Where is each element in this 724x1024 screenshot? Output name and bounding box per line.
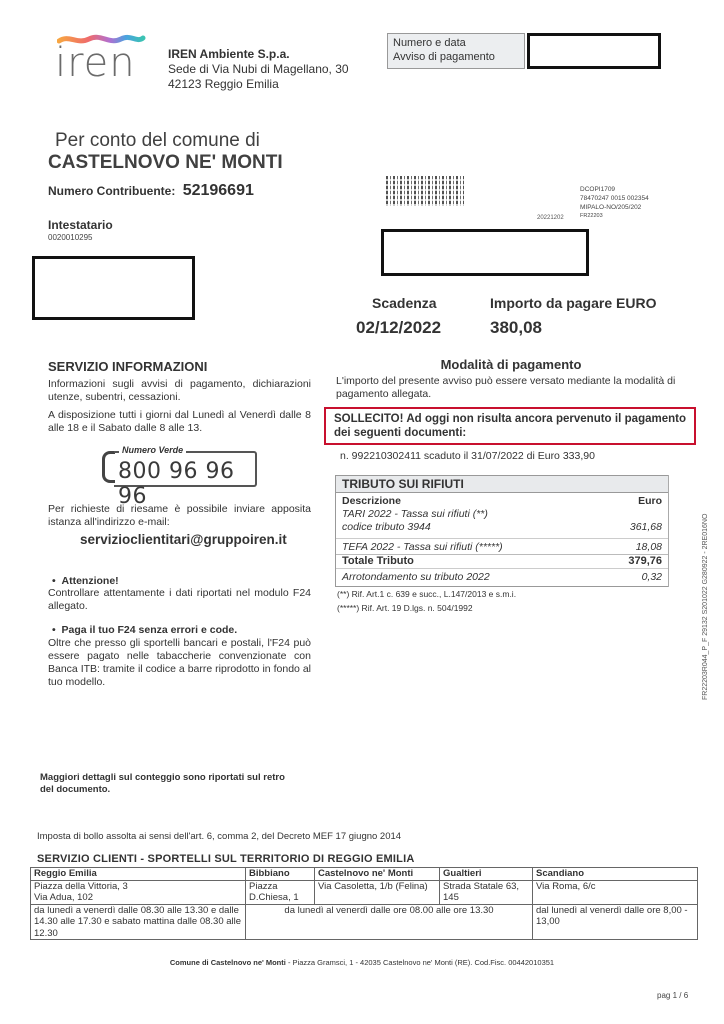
sportelli-title: SERVIZIO CLIENTI - SPORTELLI SUL TERRITO… [37, 853, 414, 865]
header-reggio: Reggio Emilia [31, 868, 246, 881]
scadenza-value: 02/12/2022 [356, 318, 441, 338]
address-scandiano: Via Roma, 6/c [533, 880, 698, 904]
totale-label: Totale Tributo [342, 555, 414, 568]
scaduto-document: n. 992210302411 scaduto il 31/07/2022 di… [340, 450, 595, 462]
numero-verde-number: 800 96 96 96 [118, 459, 257, 509]
ref-line2: 78470247 0015 002354 [580, 194, 649, 203]
arrotondamento-label: Arrotondamento su tributo 2022 [342, 571, 490, 584]
conto-line1: Per conto del comune di [48, 130, 283, 152]
table-row: codice tributo 3944 361,68 [336, 521, 668, 538]
email-link[interactable]: servizioclientitari@gruppoiren.it [80, 532, 287, 547]
table-row: TARI 2022 - Tassa sui rifiuti (**) [336, 508, 668, 521]
bullet-f24-text: Oltre che presso gli sportelli bancari e… [48, 637, 311, 689]
contribuente-number: 52196691 [183, 182, 254, 199]
address-reggio: Piazza della Vittoria, 3 Via Adua, 102 [31, 880, 246, 904]
hours-scandiano: dal lunedì al venerdì dalle ore 8,00 - 1… [533, 904, 698, 940]
importo-value: 380,08 [490, 318, 542, 338]
address-bibbiano: Piazza D.Chiesa, 1 [246, 880, 315, 904]
footnote-2: (*****) Rif. Art. 19 D.lgs. n. 504/1992 [337, 603, 473, 613]
row-desc: TEFA 2022 - Tassa sui rifiuti (*****) [342, 541, 503, 554]
modalita-text: L'importo del presente avviso può essere… [336, 375, 688, 401]
modalita-title: Modalità di pagamento [330, 357, 692, 372]
logo-text: iren [55, 43, 136, 83]
hours-reggio: da lunedì a venerdì dalle 08.30 alle 13.… [31, 904, 246, 940]
table-row: Reggio Emilia Bibbiano Castelnovo ne' Mo… [31, 868, 698, 881]
header-scandiano: Scandiano [533, 868, 698, 881]
company-info: IREN Ambiente S.p.a. Sede di Via Nubi di… [168, 47, 349, 92]
servizio-informazioni-title: SERVIZIO INFORMAZIONI [48, 359, 207, 374]
vertical-reference-code: FR22203R044_P_F 29132 S201022 G280922 - … [702, 514, 709, 700]
riesame-text: Per richieste di riesame è possibile inv… [48, 503, 311, 529]
totale-row: Totale Tributo 379,76 [336, 554, 668, 568]
ref-line3: MIPALO-NO/205/202 [580, 203, 649, 212]
numero-contribuente: Numero Contribuente: 52196691 [48, 182, 254, 200]
hours-middle: da lunedì al venerdì dalle ore 08.00 all… [246, 904, 533, 940]
importo-label: Importo da pagare EURO [490, 295, 656, 311]
avviso-value-redacted [527, 33, 661, 69]
row-value: 18,08 [636, 541, 662, 554]
tributo-title: TRIBUTO SUI RIFIUTI [336, 475, 668, 493]
intestatario-code: 0020010295 [48, 233, 93, 242]
row-desc: codice tributo 3944 [342, 521, 431, 534]
bullet-attenzione-text: Controllare attentamente i dati riportat… [48, 587, 311, 613]
col-descrizione: Descrizione [342, 495, 401, 508]
bullet-f24: • Paga il tuo F24 senza errori e code. [52, 624, 237, 636]
company-name: IREN Ambiente S.p.a. [168, 47, 349, 62]
header-bibbiano: Bibbiano [246, 868, 315, 881]
table-row: Piazza della Vittoria, 3 Via Adua, 102 P… [31, 880, 698, 904]
tributo-header-row: Descrizione Euro [336, 493, 668, 508]
conto-line2: CASTELNOVO NE' MONTI [48, 152, 283, 174]
contribuente-label: Numero Contribuente: [48, 184, 175, 198]
address-redacted [381, 229, 589, 276]
col-euro: Euro [638, 495, 662, 508]
date-code: 20221202 [537, 215, 564, 221]
comune-heading: Per conto del comune di CASTELNOVO NE' M… [48, 130, 283, 174]
address-gualtieri: Strada Statale 63, 145 [440, 880, 533, 904]
table-row: da lunedì a venerdì dalle 08.30 alle 13.… [31, 904, 698, 940]
comune-footer: Comune di Castelnovo ne' Monti - Piazza … [0, 958, 724, 967]
sollecito-notice: SOLLECITO! Ad oggi non risulta ancora pe… [324, 407, 696, 445]
row-desc: TARI 2022 - Tassa sui rifiuti (**) [342, 508, 488, 521]
servizio-text2: A disposizione tutti i giorni dal Lunedì… [48, 409, 311, 435]
intestatario-redacted [32, 256, 195, 320]
datamatrix-barcode [386, 176, 464, 206]
numero-verde-badge[interactable]: Numero Verde 800 96 96 96 [102, 447, 257, 487]
footnote-1: (**) Rif. Art.1 c. 639 e succ., L.147/20… [337, 589, 516, 599]
bullet-attenzione: • Attenzione! [52, 575, 119, 587]
bullet-attenzione-title: Attenzione! [62, 575, 119, 587]
totale-value: 379,76 [628, 555, 662, 568]
servizio-text1: Informazioni sugli avvisi di pagamento, … [48, 378, 311, 404]
reference-codes: DCOPI1709 78470247 0015 002354 MIPALO-NO… [580, 185, 649, 221]
header-gualtieri: Gualtieri [440, 868, 533, 881]
ref-line1: DCOPI1709 [580, 185, 649, 194]
bullet-f24-title: Paga il tuo F24 senza errori e code. [62, 624, 238, 636]
tributo-table: TRIBUTO SUI RIFIUTI Descrizione Euro TAR… [335, 475, 669, 587]
avviso-label-line2: Avviso di pagamento [393, 50, 519, 64]
table-row: TEFA 2022 - Tassa sui rifiuti (*****) 18… [336, 538, 668, 554]
address-castelnovo: Via Casoletta, 1/b (Felina) [315, 880, 440, 904]
sportelli-table: Reggio Emilia Bibbiano Castelnovo ne' Mo… [30, 867, 698, 940]
intestatario-label: Intestatario [48, 218, 113, 232]
numero-verde-label: Numero Verde [119, 445, 186, 455]
company-address-line2: 42123 Reggio Emilia [168, 77, 349, 92]
scadenza-label: Scadenza [372, 295, 437, 311]
comune-footer-details: - Piazza Gramsci, 1 - 42035 Castelnovo n… [286, 958, 554, 967]
comune-footer-name: Comune di Castelnovo ne' Monti [170, 958, 286, 967]
header-castelnovo: Castelnovo ne' Monti [315, 868, 440, 881]
page-number: pag 1 / 6 [657, 991, 688, 1000]
avviso-label-box: Numero e data Avviso di pagamento [387, 33, 525, 69]
arrotondamento-value: 0,32 [642, 571, 662, 584]
company-address-line1: Sede di Via Nubi di Magellano, 30 [168, 62, 349, 77]
arrotondamento-row: Arrotondamento su tributo 2022 0,32 [336, 568, 668, 587]
avviso-label-line1: Numero e data [393, 36, 519, 50]
maggiori-dettagli: Maggiori dettagli sul conteggio sono rip… [40, 772, 300, 796]
iren-logo: iren [55, 33, 145, 81]
ref-line4: FR22203 [580, 212, 649, 221]
imposta-bollo: Imposta di bollo assolta ai sensi dell'a… [37, 831, 401, 842]
row-value: 361,68 [630, 521, 662, 534]
